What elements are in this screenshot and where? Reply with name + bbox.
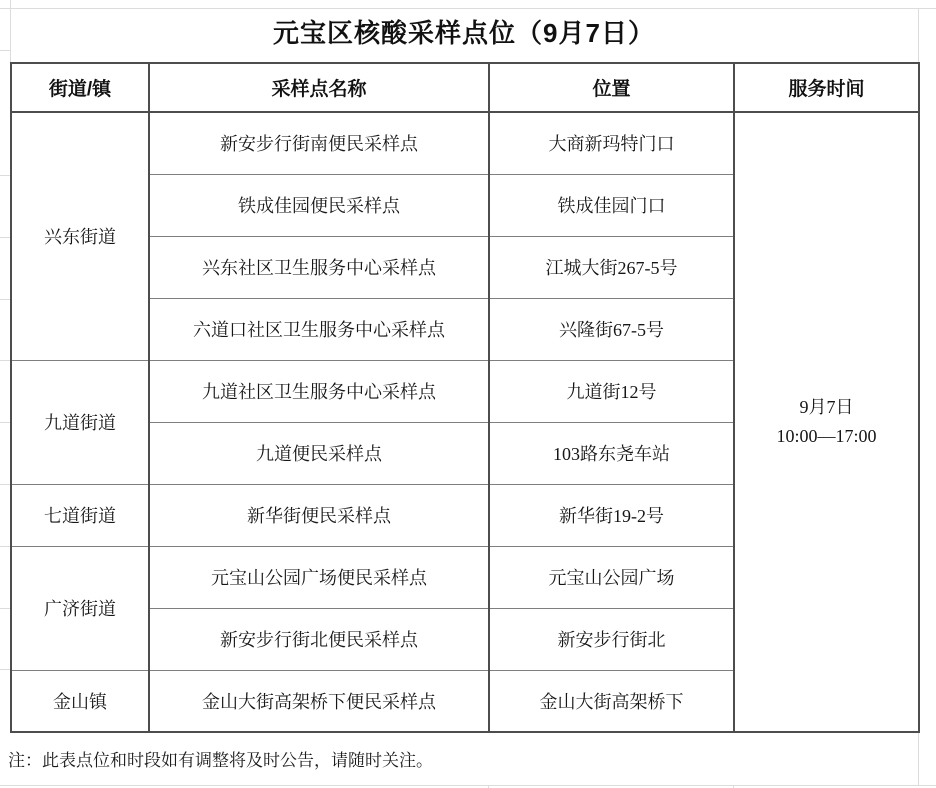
site-name-cell: 金山大街高架桥下便民采样点 bbox=[149, 670, 489, 732]
location-cell: 兴隆街67-5号 bbox=[489, 298, 734, 360]
location-cell: 金山大街高架桥下 bbox=[489, 670, 734, 732]
site-name-cell: 九道社区卫生服务中心采样点 bbox=[149, 360, 489, 422]
district-cell: 广济街道 bbox=[11, 546, 149, 670]
site-name-cell: 兴东社区卫生服务中心采样点 bbox=[149, 236, 489, 298]
header-row: 街道/镇 采样点名称 位置 服务时间 bbox=[11, 63, 919, 112]
site-name-cell: 九道便民采样点 bbox=[149, 422, 489, 484]
location-cell: 铁成佳园门口 bbox=[489, 174, 734, 236]
gridline bbox=[0, 785, 936, 786]
service-date: 9月7日 bbox=[739, 393, 914, 422]
gridline bbox=[0, 484, 10, 485]
service-hours: 10:00—17:00 bbox=[739, 422, 914, 451]
location-cell: 元宝山公园广场 bbox=[489, 546, 734, 608]
column-header-site-name: 采样点名称 bbox=[149, 63, 489, 112]
gridline bbox=[0, 175, 10, 176]
sampling-points-table: 街道/镇 采样点名称 位置 服务时间 兴东街道 新安步行街南便民采样点 大商新玛… bbox=[10, 62, 920, 733]
district-cell: 九道街道 bbox=[11, 360, 149, 484]
location-cell: 新华街19-2号 bbox=[489, 484, 734, 546]
location-cell: 103路东尧车站 bbox=[489, 422, 734, 484]
gridline bbox=[918, 8, 919, 62]
site-name-cell: 铁成佳园便民采样点 bbox=[149, 174, 489, 236]
gridline bbox=[0, 360, 10, 361]
location-cell: 九道街12号 bbox=[489, 360, 734, 422]
gridline bbox=[0, 299, 10, 300]
service-time-cell: 9月7日 10:00—17:00 bbox=[734, 112, 919, 732]
district-cell: 兴东街道 bbox=[11, 112, 149, 360]
footer-note: 注：此表点位和时段如有调整将及时公告，请随时关注。 bbox=[8, 731, 928, 785]
column-header-location: 位置 bbox=[489, 63, 734, 112]
document: 元宝区核酸采样点位（9月7日） 街道/镇 采样点名称 位置 服务时间 兴东街道 … bbox=[0, 0, 936, 788]
gridline bbox=[0, 669, 10, 670]
gridline bbox=[0, 546, 10, 547]
location-cell: 新安步行街北 bbox=[489, 608, 734, 670]
table-row: 兴东街道 新安步行街南便民采样点 大商新玛特门口 9月7日 10:00—17:0… bbox=[11, 112, 919, 174]
district-cell: 七道街道 bbox=[11, 484, 149, 546]
site-name-cell: 新安步行街南便民采样点 bbox=[149, 112, 489, 174]
gridline bbox=[0, 237, 10, 238]
gridline bbox=[0, 50, 10, 51]
site-name-cell: 元宝山公园广场便民采样点 bbox=[149, 546, 489, 608]
site-name-cell: 六道口社区卫生服务中心采样点 bbox=[149, 298, 489, 360]
location-cell: 江城大街267-5号 bbox=[489, 236, 734, 298]
page-title: 元宝区核酸采样点位（9月7日） bbox=[10, 0, 918, 62]
site-name-cell: 新安步行街北便民采样点 bbox=[149, 608, 489, 670]
column-header-street: 街道/镇 bbox=[11, 63, 149, 112]
site-name-cell: 新华街便民采样点 bbox=[149, 484, 489, 546]
district-cell: 金山镇 bbox=[11, 670, 149, 732]
gridline bbox=[0, 608, 10, 609]
gridline bbox=[0, 422, 10, 423]
column-header-service-time: 服务时间 bbox=[734, 63, 919, 112]
location-cell: 大商新玛特门口 bbox=[489, 112, 734, 174]
